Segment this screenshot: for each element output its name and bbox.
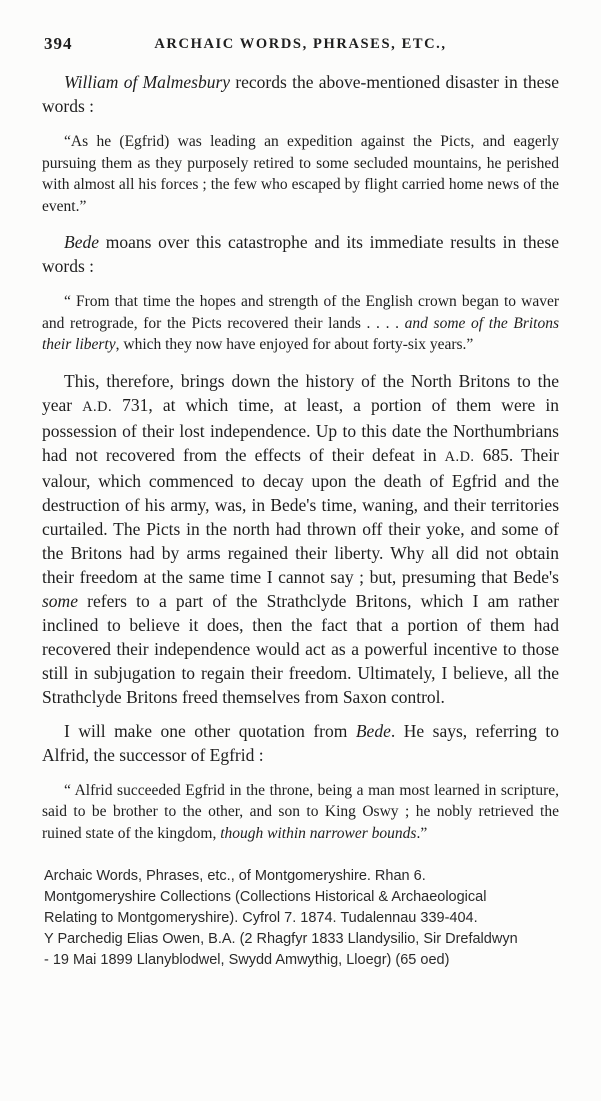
quotation: “As he (Egfrid) was leading an expeditio… xyxy=(42,131,559,217)
running-title: ARCHAIC WORDS, PHRASES, ETC., xyxy=(42,34,559,53)
text-segment: some xyxy=(42,591,78,611)
caption-line: Archaic Words, Phrases, etc., of Montgom… xyxy=(44,866,559,887)
paragraph: Bede moans over this catastrophe and its… xyxy=(42,230,559,278)
page-text: William of Malmesbury records the above-… xyxy=(42,70,559,844)
bibliographic-caption: Archaic Words, Phrases, etc., of Montgom… xyxy=(44,866,559,971)
caption-line: Relating to Montgomeryshire). Cyfrol 7. … xyxy=(44,908,559,929)
caption-line: - 19 Mai 1899 Llanyblodwel, Swydd Amwyth… xyxy=(44,950,559,971)
text-segment: .” xyxy=(416,825,427,842)
text-segment: moans over this catastrophe and its imme… xyxy=(42,232,559,276)
text-segment: 685. Their valour, which commenced to de… xyxy=(42,445,559,587)
text-segment: Bede xyxy=(64,232,99,252)
caption-line: Montgomeryshire Collections (Collections… xyxy=(44,887,559,908)
text-segment: Bede xyxy=(356,721,391,741)
text-segment: A.D. xyxy=(82,399,112,415)
paragraph: William of Malmesbury records the above-… xyxy=(42,70,559,118)
text-segment: A.D. xyxy=(445,449,475,465)
quotation: “ Alfrid succeeded Egfrid in the throne,… xyxy=(42,780,559,845)
text-segment: , which they now have enjoyed for about … xyxy=(116,336,474,353)
text-segment: William of Malmesbury xyxy=(64,72,230,92)
page-number: 394 xyxy=(44,34,73,54)
text-segment: I will make one other quotation from xyxy=(64,721,356,741)
scanned-book-page: 394 ARCHAIC WORDS, PHRASES, ETC., Willia… xyxy=(0,0,601,1101)
text-segment: refers to a part of the Strathclyde Brit… xyxy=(42,591,559,707)
quotation: “ From that time the hopes and strength … xyxy=(42,291,559,356)
paragraph: This, therefore, brings down the history… xyxy=(42,369,559,709)
page-header: 394 ARCHAIC WORDS, PHRASES, ETC., xyxy=(42,34,559,56)
text-segment: “As he (Egfrid) was leading an expeditio… xyxy=(42,133,559,215)
caption-line: Y Parchedig Elias Owen, B.A. (2 Rhagfyr … xyxy=(44,929,559,950)
paragraph: I will make one other quotation from Bed… xyxy=(42,719,559,767)
text-segment: though within narrower bounds xyxy=(220,825,416,842)
